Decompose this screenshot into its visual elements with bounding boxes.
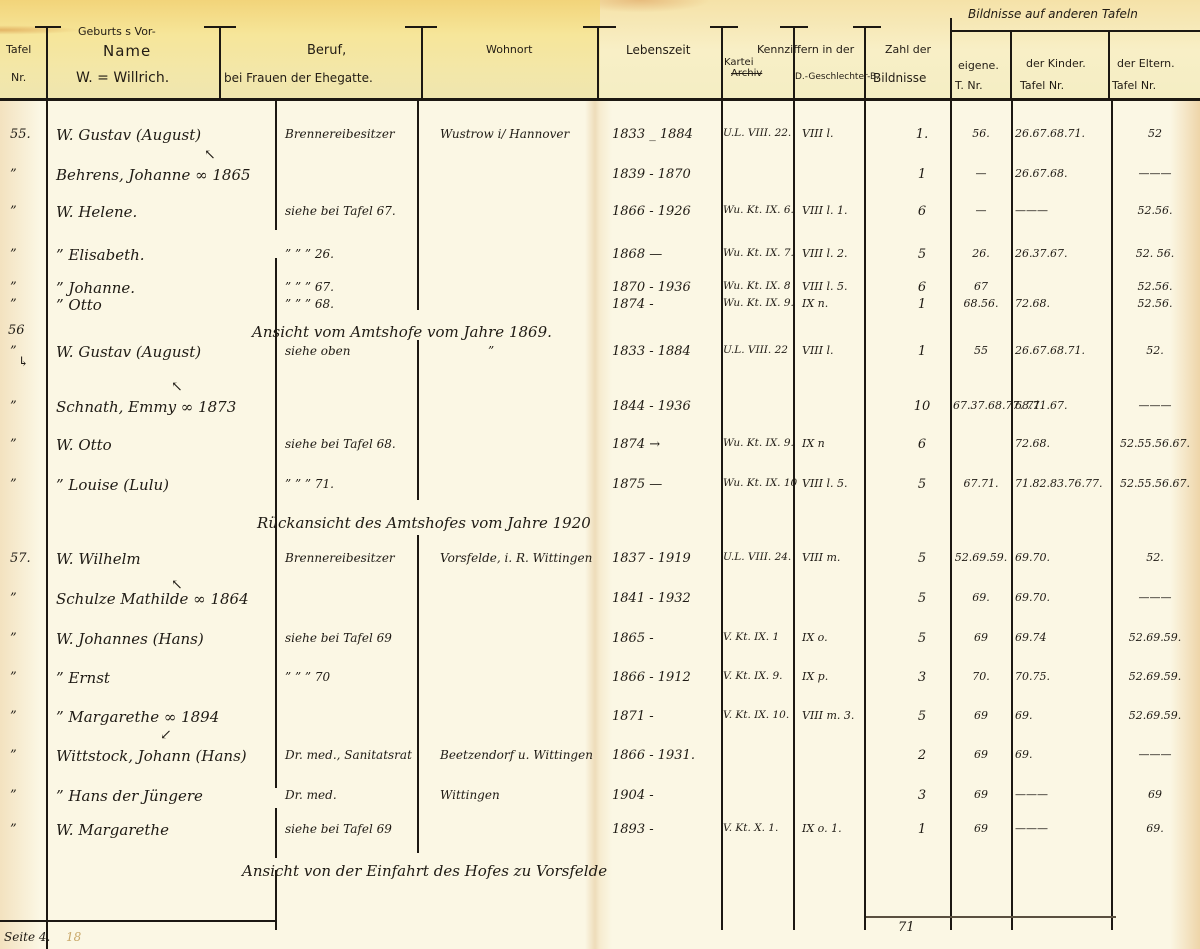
cell-lebenszeit: 1904 - — [612, 789, 654, 802]
cell-name: Wittstock, Johann (Hans) — [56, 749, 247, 764]
cell-eigene: 67.37.68.77. 71 — [953, 400, 1009, 411]
cell-kartei: Wu. Kt. IX. 6. — [723, 205, 794, 216]
header-eltern: der Eltern. — [1117, 58, 1175, 69]
cell-name: W. Johannes (Hans) — [56, 632, 204, 647]
cell-kinder: 71.82.83.76.77. — [1015, 478, 1102, 489]
cell-eigene: 70. — [953, 671, 1009, 682]
header-name: Name — [103, 44, 151, 59]
caption-amtshof-1869: Ansicht vom Amtshofe vom Jahre 1869. — [252, 325, 552, 340]
header-eltern-nr: Tafel Nr. — [1112, 80, 1156, 91]
cell-zahl: 5 — [907, 248, 937, 261]
marriage-arrow-icon: ↖ — [171, 578, 183, 592]
cell-zahl: 1. — [907, 128, 937, 141]
cell-lebenszeit: 1837 - 1919 — [612, 552, 691, 565]
cell-kinder: 70.75. — [1015, 671, 1050, 682]
page-pencil-number: 18 — [66, 931, 81, 943]
cell-geschlechter: IX p. — [802, 671, 828, 682]
cell-eigene: 69 — [953, 823, 1009, 834]
cell-zahl: 1 — [907, 345, 937, 358]
cell-eltern: 52 — [1114, 128, 1196, 139]
cell-lebenszeit: 1865 - — [612, 632, 654, 645]
header-bildnisse-group: Bildnisse auf anderen Tafeln — [968, 8, 1138, 20]
cell-tafel: ” — [10, 632, 17, 645]
cell-zahl: 5 — [907, 592, 937, 605]
cell-tafel: ” — [10, 248, 17, 261]
cell-kinder: 72.68. — [1015, 438, 1050, 449]
cell-tafel: ” — [10, 281, 17, 294]
cell-beruf: ” ” ” 67. — [285, 281, 334, 293]
header-archiv-struck: Archiv — [731, 69, 762, 79]
cell-tafel: ” — [10, 749, 17, 762]
cell-name: Behrens, Johanne ∞ 1865 — [56, 168, 251, 183]
cell-name: ” Elisabeth. — [56, 248, 145, 263]
cell-eigene: — — [953, 205, 1009, 216]
cell-lebenszeit: 1874 - — [612, 298, 654, 311]
cell-kinder: 69.74 — [1015, 632, 1047, 643]
cell-name: ” Margarethe ∞ 1894 — [56, 710, 219, 725]
cell-geschlechter: IX n — [802, 438, 825, 449]
cell-eigene: 52.69.59. — [953, 552, 1009, 563]
cell-eigene: 69 — [953, 749, 1009, 760]
cell-name: ” Hans der Jüngere — [56, 789, 203, 804]
cell-tafel: ” — [10, 400, 17, 413]
cell-zahl: 6 — [907, 205, 937, 218]
cell-name: W. Helene. — [56, 205, 137, 220]
cell-tafel: ” — [10, 789, 17, 802]
cell-eigene: 68.56. — [953, 298, 1009, 309]
cell-zahl: 5 — [907, 632, 937, 645]
cell-geschlechter: VIII l. — [802, 128, 834, 139]
cell-tafel: 55. — [10, 128, 31, 141]
cell-name: W. Wilhelm — [56, 552, 141, 567]
cell-zahl: 1 — [907, 168, 937, 181]
cell-eltern: 52.69.59. — [1114, 671, 1196, 682]
cell-name: ” Johanne. — [56, 281, 135, 296]
cell-tafel: ” — [10, 205, 17, 218]
ledger-page: Tafel Nr. Geburts s Vor- Name W. = Willr… — [0, 0, 1200, 949]
cell-wohnort: Beetzendorf u. Wittingen — [440, 749, 593, 761]
header-rule — [0, 98, 1200, 101]
cell-eigene: — — [953, 168, 1009, 179]
cell-lebenszeit: 1893 - — [612, 823, 654, 836]
cell-kinder: ——— — [1015, 205, 1048, 216]
cell-zahl: 2 — [907, 749, 937, 762]
cell-lebenszeit: 1871 - — [612, 710, 654, 723]
cell-beruf: ” ” ” 70 — [285, 671, 330, 683]
cell-eigene: 67.71. — [953, 478, 1009, 489]
cell-eltern: ——— — [1114, 592, 1196, 603]
cell-wohnort: Wittingen — [440, 789, 500, 801]
header-lebenszeit: Lebenszeit — [626, 44, 690, 56]
cell-lebenszeit: 1833 - 1884 — [612, 345, 691, 358]
cell-eigene: 69 — [953, 710, 1009, 721]
cell-wohnort: ” — [488, 345, 494, 357]
cell-eltern: 52.56. — [1114, 205, 1196, 216]
cell-kinder: 69.70. — [1015, 552, 1050, 563]
cell-geschlechter: VIII l. 5. — [802, 281, 847, 292]
cell-tafel: ” — [10, 823, 17, 836]
total-zahl: 71 — [898, 921, 915, 934]
cell-eltern: 52. — [1114, 552, 1196, 563]
caption-einfahrt: Ansicht von der Einfahrt des Hofes zu Vo… — [242, 864, 607, 879]
cell-tafel: ” — [10, 298, 17, 311]
cell-geschlechter: VIII m. 3. — [802, 710, 854, 721]
cell-eltern: 69 — [1114, 789, 1196, 800]
cell-tafel: ” — [10, 592, 17, 605]
header-tafel: Tafel — [6, 44, 31, 55]
cell-wohnort: Wustrow i/ Hannover — [440, 128, 569, 140]
cell-lebenszeit: 1841 - 1932 — [612, 592, 691, 605]
cell-kartei: U.L. VIII. 22. — [723, 128, 791, 139]
cell-eigene: 55 — [953, 345, 1009, 356]
cell-eltern: 52. 56. — [1114, 248, 1196, 259]
cell-eigene: 69. — [953, 592, 1009, 603]
header-geburts: Geburts s Vor- — [78, 26, 156, 37]
cell-beruf: Dr. med., Sanitatsrat — [285, 749, 412, 761]
cell-eltern: 52.56. — [1114, 281, 1196, 292]
header-eigene-nr: T. Nr. — [955, 80, 983, 91]
cell-eigene: 69 — [953, 632, 1009, 643]
header-wohnort: Wohnort — [486, 44, 532, 55]
cell-geschlechter: VIII m. — [802, 552, 840, 563]
cell-beruf: siehe bei Tafel 67. — [285, 205, 396, 217]
marriage-arrow-icon: ↖ — [204, 148, 216, 162]
cell-zahl: 6 — [907, 281, 937, 294]
cell-eigene: 56. — [953, 128, 1009, 139]
cell-beruf: siehe bei Tafel 68. — [285, 438, 396, 450]
cell-eltern: 52.69.59. — [1114, 632, 1196, 643]
cell-beruf: Brennereibesitzer — [285, 128, 395, 140]
cell-eltern: ——— — [1114, 400, 1196, 411]
cell-kartei: V. Kt. IX. 10. — [723, 710, 789, 721]
arrow-icon: ↳ — [18, 356, 29, 369]
cell-kinder: 26.67.68. — [1015, 168, 1067, 179]
cell-zahl: 6 — [907, 438, 937, 451]
cell-zahl: 5 — [907, 710, 937, 723]
header-geschlechter: D.-Geschlechter-B. — [795, 73, 879, 82]
cell-geschlechter: IX n. — [802, 298, 828, 309]
cell-kinder: 26.37.67. — [1015, 248, 1067, 259]
cell-name: Schnath, Emmy ∞ 1873 — [56, 400, 236, 415]
cell-kartei: Wu. Kt. IX. 9. — [723, 438, 794, 449]
cell-geschlechter: VIII l. — [802, 345, 834, 356]
cell-kartei: Wu. Kt. IX. 7. — [723, 248, 794, 259]
cell-kartei: U.L. VIII. 24. — [723, 552, 791, 563]
cell-eltern: ——— — [1114, 749, 1196, 760]
bildnisse-group-rule — [950, 30, 1200, 32]
header-kinder: der Kinder. — [1026, 58, 1086, 69]
cell-name: W. Gustav (August) — [56, 345, 201, 360]
cell-geschlechter: VIII l. 2. — [802, 248, 847, 259]
cell-kartei: Wu. Kt. IX. 9. — [723, 298, 794, 309]
cell-eltern: 52.55.56.67. — [1114, 438, 1196, 449]
cell-kinder: ——— — [1015, 789, 1048, 800]
cell-kinder: 69. — [1015, 710, 1033, 721]
cell-kinder: 26.67.68.71. — [1015, 345, 1085, 356]
cell-kartei: V. Kt. IX. 9. — [723, 671, 782, 682]
cell-tafel: ” — [10, 345, 17, 358]
header-zahl: Zahl der — [885, 44, 931, 55]
header-willrich: W. = Willrich. — [76, 71, 169, 85]
cell-beruf: siehe oben — [285, 345, 350, 357]
cell-lebenszeit: 1833 _ 1884 — [612, 128, 693, 141]
cell-zahl: 3 — [907, 671, 937, 684]
cell-kartei: V. Kt. IX. 1 — [723, 632, 779, 643]
cell-eltern: 69. — [1114, 823, 1196, 834]
cell-name: ” Otto — [56, 298, 102, 313]
header-kartei: Kartei — [724, 58, 753, 68]
cell-zahl: 5 — [907, 478, 937, 491]
cell-tafel: ” — [10, 478, 17, 491]
cell-name: ” Ernst — [56, 671, 110, 686]
cell-lebenszeit: 1866 - 1931. — [612, 749, 695, 762]
cell-tafel: ” — [10, 168, 17, 181]
cell-zahl: 1 — [907, 298, 937, 311]
header-beruf: Beruf, — [307, 44, 346, 57]
cell-kartei: U.L. VIII. 22 — [723, 345, 788, 356]
cell-name: W. Otto — [56, 438, 112, 453]
cell-name: ” Louise (Lulu) — [56, 478, 169, 493]
cell-kinder: 26.67.68.71. — [1015, 128, 1085, 139]
cell-kartei: Wu. Kt. IX. 8 — [723, 281, 791, 292]
cell-beruf: siehe bei Tafel 69 — [285, 632, 392, 644]
cell-beruf: ” ” ” 68. — [285, 298, 334, 310]
cell-lebenszeit: 1875 — — [612, 478, 662, 491]
header-bildnisse: Bildnisse — [873, 72, 926, 84]
cell-zahl: 3 — [907, 789, 937, 802]
bottom-rule-left — [0, 920, 275, 922]
cell-eltern: ——— — [1114, 168, 1196, 179]
cell-eltern: 52. — [1114, 345, 1196, 356]
cell-kartei: Wu. Kt. IX. 10 — [723, 478, 797, 489]
header-beruf-note: bei Frauen der Ehegatte. — [224, 72, 373, 84]
cell-geschlechter: VIII l. 5. — [802, 478, 847, 489]
cell-zahl: 10 — [907, 400, 937, 413]
caption-amtshof-1920: Rückansicht des Amtshofes vom Jahre 1920 — [257, 516, 591, 531]
header-tafel-nr: Nr. — [11, 72, 26, 83]
cell-kartei: V. Kt. X. 1. — [723, 823, 778, 834]
cell-geschlechter: IX o. 1. — [802, 823, 842, 834]
cell-beruf: ” ” ” 26. — [285, 248, 334, 260]
page-label: Seite 4. — [4, 931, 50, 943]
cell-eltern: 52.55.56.67. — [1114, 478, 1196, 489]
cell-name: W. Margarethe — [56, 823, 169, 838]
header-eigene: eigene. — [958, 60, 999, 71]
cell-eigene: 26. — [953, 248, 1009, 259]
cell-zahl: 5 — [907, 552, 937, 565]
cell-tafel: ” — [10, 710, 17, 723]
cell-tafel: ” — [10, 438, 17, 451]
cell-beruf: ” ” ” 71. — [285, 478, 334, 490]
cell-eigene: 69 — [953, 789, 1009, 800]
cell-kinder: 68.71.67. — [1015, 400, 1067, 411]
cell-lebenszeit: 1844 - 1936 — [612, 400, 691, 413]
cell-kinder: 69. — [1015, 749, 1033, 760]
header-kennziffern: Kennziffern in der — [757, 44, 854, 55]
cell-lebenszeit: 1866 - 1926 — [612, 205, 691, 218]
cell-lebenszeit: 1866 - 1912 — [612, 671, 691, 684]
cell-tafel: ” — [10, 671, 17, 684]
cell-geschlechter: VIII l. 1. — [802, 205, 847, 216]
cell-wohnort: Vorsfelde, i. R. Wittingen — [440, 552, 592, 564]
cell-lebenszeit: 1868 — — [612, 248, 662, 261]
cell-eigene: 67 — [953, 281, 1009, 292]
cell-lebenszeit: 1870 - 1936 — [612, 281, 691, 294]
cell-lebenszeit: 1874 → — [612, 438, 660, 451]
marriage-arrow-icon: ↖ — [171, 380, 183, 394]
cell-eltern: 52.56. — [1114, 298, 1196, 309]
marriage-arrow-icon: ↙ — [160, 728, 172, 742]
cell-tafel: 57. — [10, 552, 31, 565]
cell-zahl: 1 — [907, 823, 937, 836]
cell-beruf: Dr. med. — [285, 789, 337, 801]
cell-beruf: Brennereibesitzer — [285, 552, 395, 564]
cell-eltern: 52.69.59. — [1114, 710, 1196, 721]
cell-kinder: 72.68. — [1015, 298, 1050, 309]
bottom-rule-right — [866, 916, 1116, 918]
cell-lebenszeit: 1839 - 1870 — [612, 168, 691, 181]
cell-kinder: ——— — [1015, 823, 1048, 834]
cell-geschlechter: IX o. — [802, 632, 828, 643]
cell-kinder: 69.70. — [1015, 592, 1050, 603]
header-kinder-nr: Tafel Nr. — [1020, 80, 1064, 91]
tafel-56-label: 56 — [8, 324, 25, 337]
cell-beruf: siehe bei Tafel 69 — [285, 823, 392, 835]
cell-name: Schulze Mathilde ∞ 1864 — [56, 592, 249, 607]
cell-name: W. Gustav (August) — [56, 128, 201, 143]
